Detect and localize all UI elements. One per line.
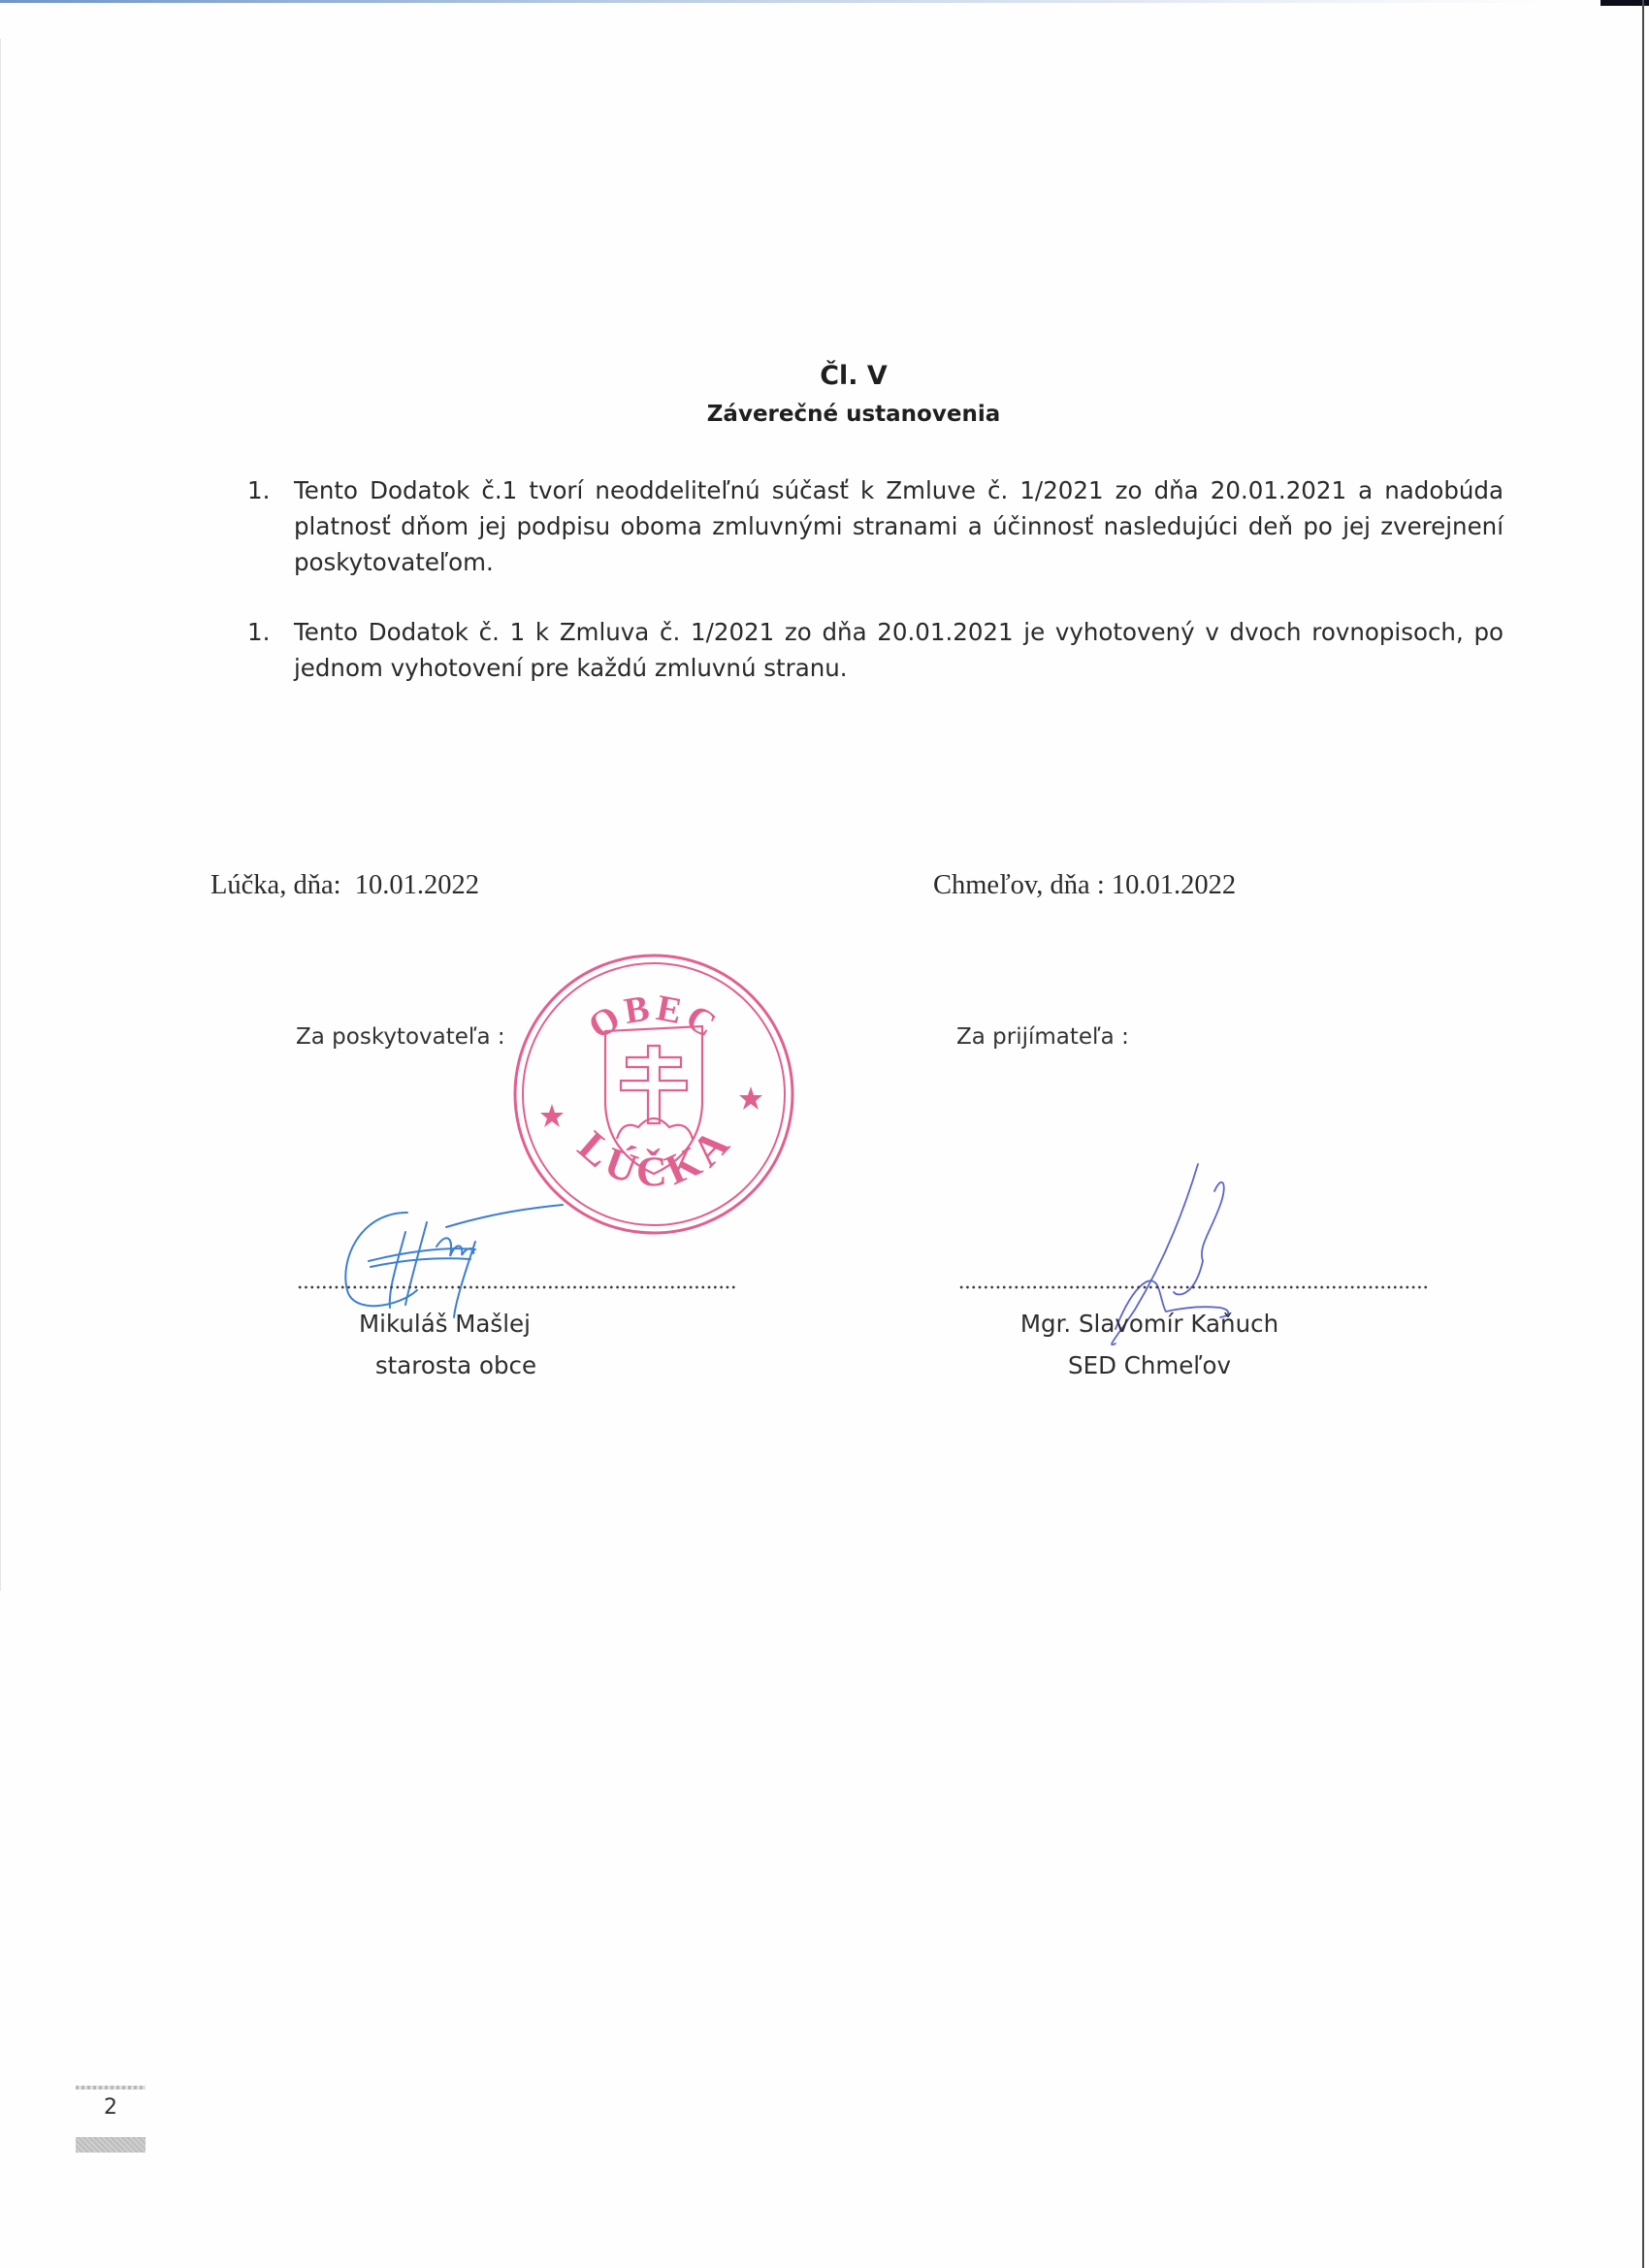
article-title: Záverečné ustanovenia (0, 402, 1649, 427)
clause-item: 1. Tento Dodatok č. 1 k Zmluva č. 1/2021… (247, 614, 1503, 686)
signer-role-provider: starosta obce (369, 1351, 543, 1379)
clause-text: Tento Dodatok č. 1 k Zmluva č. 1/2021 zo… (294, 614, 1503, 686)
scan-edge-top (0, 0, 1552, 3)
signer-name-provider: Mikuláš Mašlej (359, 1310, 524, 1338)
star-icon (540, 1086, 762, 1127)
party-label-recipient: Za prijímateľa : (956, 1024, 1129, 1050)
party-label-provider: Za poskytovateľa : (296, 1024, 505, 1050)
clause-number: 1. (247, 614, 270, 650)
place-date-left: Lúčka, dňa: 10.01.2022 (210, 870, 479, 901)
page-number: 2 (76, 2095, 145, 2120)
signature-provider (330, 1193, 582, 1319)
clause-number: 1. (247, 472, 270, 508)
svg-text:LÚČKA: LÚČKA (569, 1117, 742, 1196)
article-number: Čl. V (0, 361, 1649, 391)
scan-edge-right (1642, 0, 1644, 2268)
stamp-bottom-text: LÚČKA (569, 1117, 742, 1196)
clause-item: 1. Tento Dodatok č.1 tvorí neoddeliteľnú… (247, 472, 1503, 580)
place-date-right: Chmeľov, dňa : 10.01.2022 (933, 870, 1236, 901)
footer-rule-top (76, 2086, 145, 2090)
signer-role-recipient: SED Chmeľov (1052, 1351, 1246, 1379)
stamp-top-text: OBEC (582, 988, 727, 1048)
signer-name-recipient: Mgr. Slavomír Kaňuch (1004, 1310, 1295, 1338)
signature-line-provider (297, 1285, 738, 1289)
footer-rule-bottom (76, 2137, 145, 2153)
clause-text: Tento Dodatok č.1 tvorí neoddeliteľnú sú… (294, 472, 1503, 580)
signature-line-recipient (958, 1285, 1429, 1289)
scan-edge-left (0, 39, 1, 1591)
svg-text:OBEC: OBEC (582, 988, 727, 1048)
